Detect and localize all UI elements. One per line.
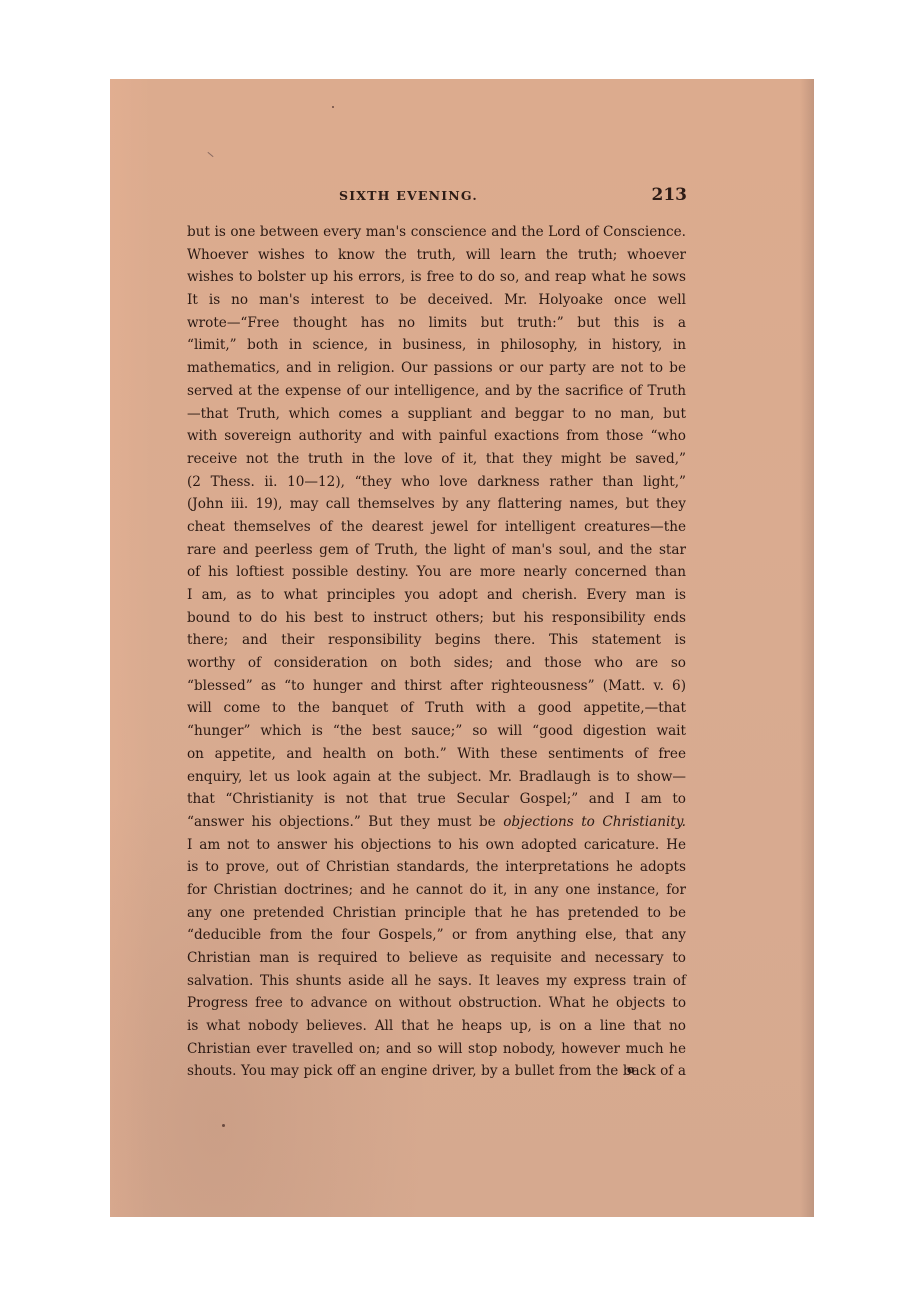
text-line: on appetite, and health on both.” With t… <box>187 743 686 766</box>
text-line: “deducible from the four Gospels,” or fr… <box>187 924 686 947</box>
text-line: “hunger” which is “the best sauce;” so w… <box>187 720 686 743</box>
text-line: shouts. You may pick off an engine drive… <box>187 1060 686 1083</box>
text-line: rare and peerless gem of Truth, the ligh… <box>187 539 686 562</box>
text-line: It is no man's interest to be deceived. … <box>187 289 686 312</box>
italic-phrase: objections to Christianity. <box>503 814 686 830</box>
text-line: Christian ever travelled on; and so will… <box>187 1038 686 1061</box>
text-line: any one pretended Christian principle th… <box>187 902 686 925</box>
text-line: (John iii. 19), may call themselves by a… <box>187 493 686 516</box>
text-line: I am not to answer his objections to his… <box>187 834 686 857</box>
text-line: served at the expense of our intelligenc… <box>187 380 686 403</box>
text-segment: “answer his objections.” But they must b… <box>187 814 496 830</box>
text-line: mathematics, and in religion. Our passio… <box>187 357 686 380</box>
text-line: Whoever wishes to know the truth, will l… <box>187 244 686 267</box>
text-line: receive not the truth in the love of it,… <box>187 448 686 471</box>
text-line: is what nobody believes. All that he hea… <box>187 1015 686 1038</box>
text-line: wrote—“Free thought has no limits but tr… <box>187 312 686 335</box>
text-line: wishes to bolster up his errors, is free… <box>187 266 686 289</box>
signature-mark: o <box>627 1063 634 1076</box>
text-line: Progress free to advance on without obst… <box>187 992 686 1015</box>
text-line: bound to do his best to instruct others;… <box>187 607 686 630</box>
text-line: salvation. This shunts aside all he says… <box>187 970 686 993</box>
text-line: but is one between every man's conscienc… <box>187 221 686 244</box>
text-line: cheat themselves of the dearest jewel fo… <box>187 516 686 539</box>
text-line: will come to the banquet of Truth with a… <box>187 697 686 720</box>
text-line: I am, as to what principles you adopt an… <box>187 584 686 607</box>
text-line: with sovereign authority and with painfu… <box>187 425 686 448</box>
text-line: “limit,” both in science, in business, i… <box>187 334 686 357</box>
speck-mark <box>332 106 334 108</box>
text-line: —that Truth, which comes a suppliant and… <box>187 403 686 426</box>
text-line: Christian man is required to believe as … <box>187 947 686 970</box>
text-line-with-italic: “answer his objections.” But they must b… <box>187 811 686 834</box>
body-text: but is one between every man's conscienc… <box>187 221 686 1083</box>
text-line: (2 Thess. ii. 10—12), “they who love dar… <box>187 471 686 494</box>
speck-mark <box>222 1124 225 1127</box>
text-line: enquiry, let us look again at the subjec… <box>187 766 686 789</box>
text-line: of his loftiest possible destiny. You ar… <box>187 561 686 584</box>
text-line: is to prove, out of Christian standards,… <box>187 856 686 879</box>
text-line: for Christian doctrines; and he cannot d… <box>187 879 686 902</box>
page-header: SIXTH EVENING. 213 <box>187 186 687 206</box>
text-line: there; and their responsibility begins t… <box>187 629 686 652</box>
running-title: SIXTH EVENING. <box>339 188 478 203</box>
page-number: 213 <box>652 185 688 205</box>
text-line: “blessed” as “to hunger and thirst after… <box>187 675 686 698</box>
speck-mark <box>207 152 213 157</box>
text-line: that “Christianity is not that true Secu… <box>187 788 686 811</box>
text-line: worthy of consideration on both sides; a… <box>187 652 686 675</box>
